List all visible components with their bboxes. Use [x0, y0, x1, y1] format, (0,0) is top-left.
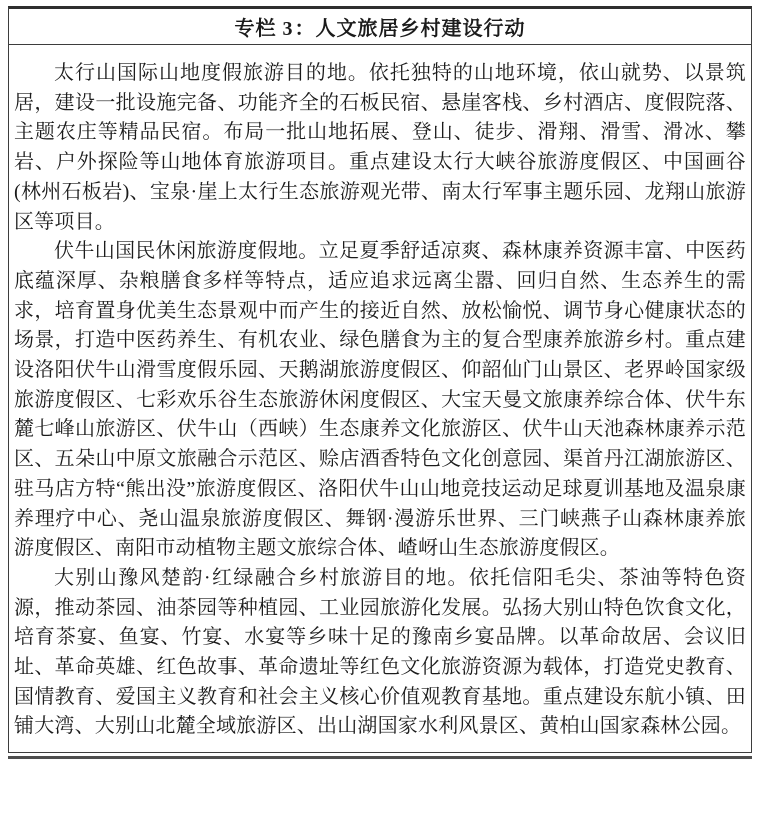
- column-body: 太行山国际山地度假旅游目的地。依托独特的山地环境，依山就势、以景筑居，建设一批设…: [9, 45, 751, 752]
- body-paragraph: 大别山豫风楚韵·红绿融合乡村旅游目的地。依托信阳毛尖、茶油等特色资源，推动茶园、…: [14, 564, 746, 742]
- column-title: 专栏3：人文旅居乡村建设行动: [235, 12, 526, 41]
- body-paragraph: 太行山国际山地度假旅游目的地。依托独特的山地环境，依山就势、以景筑居，建设一批设…: [14, 59, 746, 237]
- column-title-prefix: 专栏: [235, 18, 277, 40]
- column-box: 专栏3：人文旅居乡村建设行动 太行山国际山地度假旅游目的地。依托独特的山地环境，…: [8, 6, 752, 753]
- column-number: 3: [277, 18, 295, 40]
- body-paragraph: 伏牛山国民休闲旅游度假地。立足夏季舒适凉爽、森林康养资源丰富、中医药底蕴深厚、杂…: [14, 237, 746, 564]
- column-title-bar: 专栏3：人文旅居乡村建设行动: [9, 9, 751, 45]
- column-title-text: ：人文旅居乡村建设行动: [295, 18, 526, 40]
- document-page: { "panel": { "title": { "prefix": "专栏", …: [0, 0, 760, 824]
- bottom-divider: [8, 756, 752, 759]
